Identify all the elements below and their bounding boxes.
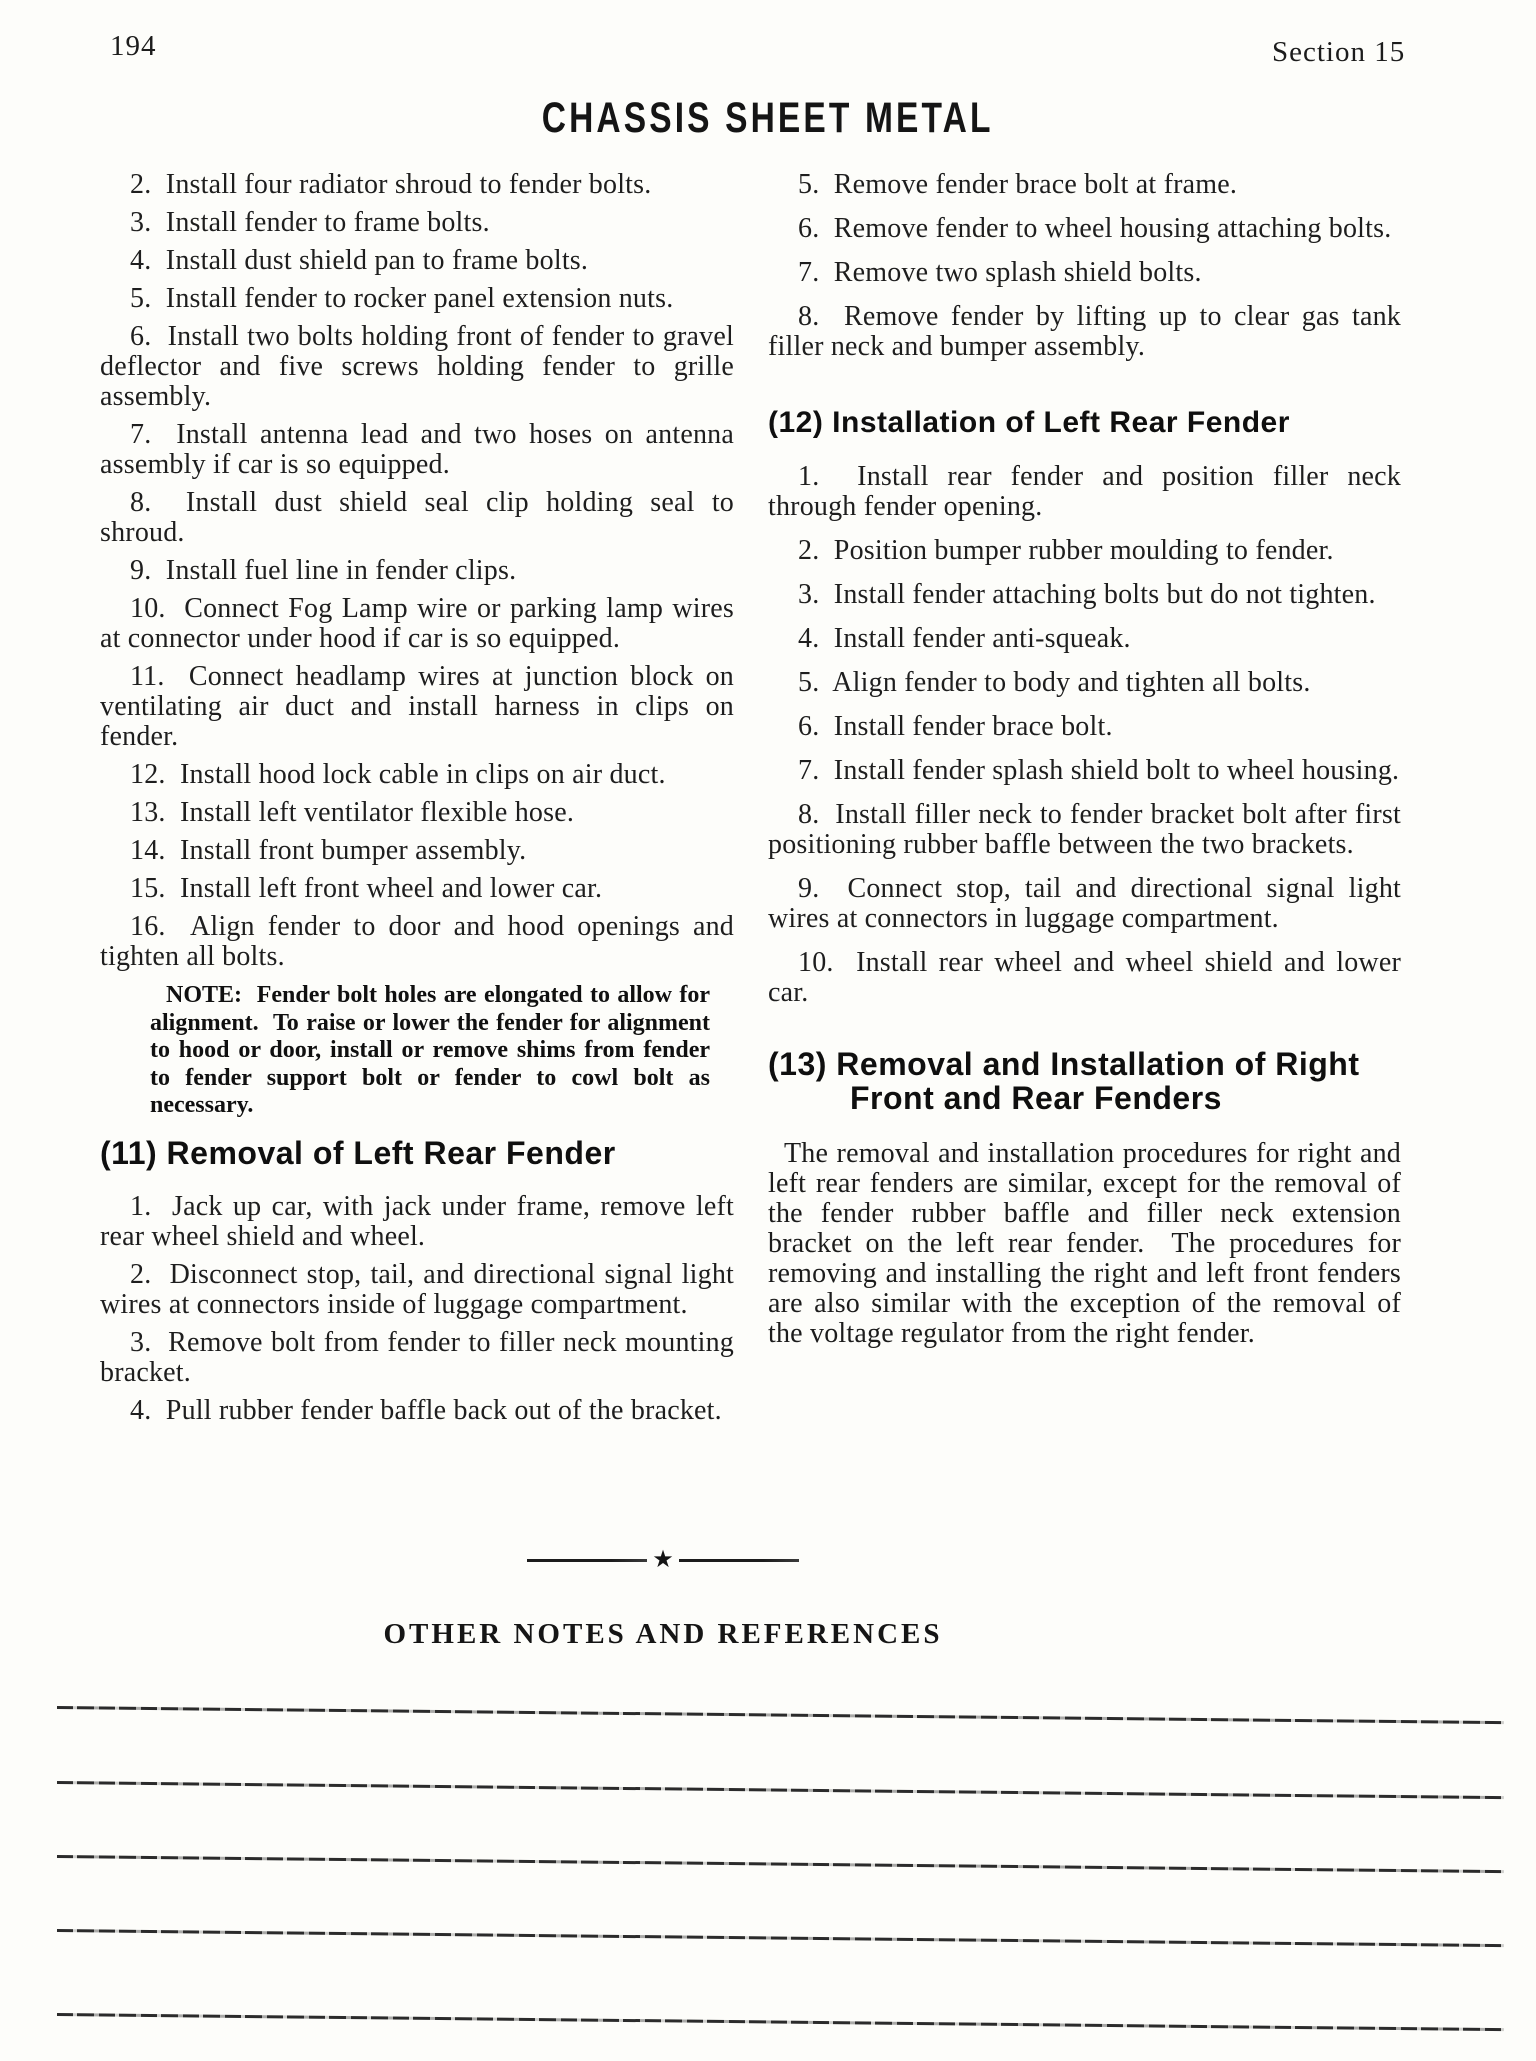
section-13-heading-line2: Front and Rear Fenders [768, 1081, 1401, 1115]
procedure-step: 4. Install fender anti-squeak. [768, 624, 1401, 654]
procedure-step: 3. Install fender attaching bolts but do… [768, 580, 1401, 610]
section-13-paragraph: The removal and installation procedures … [768, 1139, 1401, 1349]
procedure-step: 14. Install front bumper assembly. [100, 836, 734, 866]
procedure-step: 4. Install dust shield pan to frame bolt… [100, 246, 734, 276]
left-column: 2. Install four radiator shroud to fende… [100, 170, 734, 1434]
ruled-line [57, 1706, 1504, 1724]
page-number: 194 [110, 30, 157, 63]
procedure-step: 7. Install fender splash shield bolt to … [768, 756, 1401, 786]
ruled-line [57, 2013, 1504, 2031]
procedure-step: 9. Install fuel line in fender clips. [100, 556, 734, 586]
procedure-step: 3. Install fender to frame bolts. [100, 208, 734, 238]
procedure-step: 8. Install filler neck to fender bracket… [768, 800, 1401, 860]
procedure-step: 3. Remove bolt from fender to filler nec… [100, 1328, 734, 1388]
section-11-heading: (11) Removal of Left Rear Fender [100, 1136, 734, 1170]
procedure-step: 12. Install hood lock cable in clips on … [100, 760, 734, 790]
procedure-step: 10. Install rear wheel and wheel shield … [768, 948, 1401, 1008]
procedure-step: 16. Align fender to door and hood openin… [100, 912, 734, 972]
procedure-step: 6. Install two bolts holding front of fe… [100, 322, 734, 412]
procedure-step: 5. Align fender to body and tighten all … [768, 668, 1401, 698]
procedure-step: 7. Install antenna lead and two hoses on… [100, 420, 734, 480]
section-label: Section 15 [1272, 36, 1405, 69]
procedure-step: 11. Connect headlamp wires at junction b… [100, 662, 734, 752]
procedure-step: 1. Jack up car, with jack under frame, r… [100, 1192, 734, 1252]
note-block: NOTE: Fender bolt holes are elongated to… [150, 982, 710, 1120]
procedure-step: 15. Install left front wheel and lower c… [100, 874, 734, 904]
section-13-heading-line1: (13) Removal and Installation of Right [768, 1046, 1360, 1082]
procedure-step: 6. Install fender brace bolt. [768, 712, 1401, 742]
procedure-step: 5. Remove fender brace bolt at frame. [768, 170, 1401, 200]
page-title: CHASSIS SHEET METAL [0, 94, 1536, 143]
ruled-line [57, 1855, 1504, 1873]
procedure-step: 1. Install rear fender and position fill… [768, 462, 1401, 522]
procedure-step: 2. Position bumper rubber moulding to fe… [768, 536, 1401, 566]
manual-page: 194 Section 15 CHASSIS SHEET METAL 2. In… [0, 0, 1536, 2061]
procedure-step: 2. Install four radiator shroud to fende… [100, 170, 734, 200]
procedure-step: 13. Install left ventilator flexible hos… [100, 798, 734, 828]
divider-line-right [679, 1559, 799, 1562]
right-column: 5. Remove fender brace bolt at frame. 6.… [768, 170, 1401, 1349]
procedure-step: 2. Disconnect stop, tail, and directiona… [100, 1260, 734, 1320]
star-icon: ★ [652, 1548, 674, 1572]
section-13-heading: (13) Removal and Installation of Right F… [768, 1047, 1401, 1115]
star-divider: ★ [527, 1548, 799, 1572]
procedure-step: 4. Pull rubber fender baffle back out of… [100, 1396, 734, 1426]
procedure-step: 6. Remove fender to wheel housing attach… [768, 214, 1401, 244]
ruled-line [57, 1781, 1504, 1799]
procedure-step: 8. Install dust shield seal clip holding… [100, 488, 734, 548]
section-12-heading: (12) Installation of Left Rear Fender [768, 406, 1401, 440]
other-notes-heading: OTHER NOTES AND REFERENCES [0, 1618, 1326, 1651]
procedure-step: 9. Connect stop, tail and directional si… [768, 874, 1401, 934]
procedure-step: 5. Install fender to rocker panel extens… [100, 284, 734, 314]
ruled-line [57, 1929, 1504, 1947]
procedure-step: 10. Connect Fog Lamp wire or parking lam… [100, 594, 734, 654]
procedure-step: 8. Remove fender by lifting up to clear … [768, 302, 1401, 362]
procedure-step: 7. Remove two splash shield bolts. [768, 258, 1401, 288]
divider-line-left [527, 1559, 647, 1562]
